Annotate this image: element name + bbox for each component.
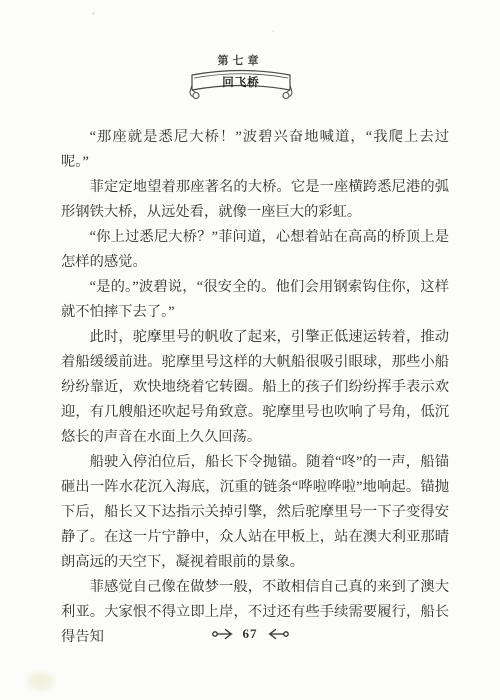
scan-smudge xyxy=(28,672,54,690)
paragraph: “那座就是悉尼大桥！”波碧兴奋地喊道，“我爬上去过呢。” xyxy=(61,125,449,175)
page-footer: 67 xyxy=(0,626,500,642)
paragraph: 船驶入停泊位后，船长下令抛锚。随着“咚”的一声，船锚砸出一阵水花沉入海底，沉重的… xyxy=(61,450,449,575)
arrow-left-icon xyxy=(267,628,289,640)
chapter-title: 回飞桥 xyxy=(183,74,299,90)
page-number: 67 xyxy=(243,626,258,642)
paragraph: “是的。”波碧说，“很安全的。他们会用钢索钩住你，这样就不怕摔下去了。” xyxy=(61,275,449,325)
chapter-title-ribbon: 回飞桥 xyxy=(183,63,299,101)
scan-speck xyxy=(92,12,95,15)
scan-speck xyxy=(272,30,275,32)
chapter-text: “那座就是悉尼大桥！”波碧兴奋地喊道，“我爬上去过呢。” 菲定定地望着那座著名的… xyxy=(61,125,449,650)
arrow-right-icon xyxy=(212,628,234,640)
book-page: 第七章 回飞桥 “那座就是悉尼大桥！”波碧兴奋地喊道，“我爬上去过呢。” 菲定定… xyxy=(0,0,500,700)
paragraph: “你上过悉尼大桥？”菲问道，心想着站在高高的桥顶上是怎样的感觉。 xyxy=(61,225,449,275)
paragraph: 此时，驼摩里号的帆收了起来，引擎正低速运转着，推动着船缓缓前进。驼摩里号这样的大… xyxy=(61,325,449,450)
paragraph: 菲定定地望着那座著名的大桥。它是一座横跨悉尼港的弧形钢铁大桥，从远处看，就像一座… xyxy=(61,175,449,225)
